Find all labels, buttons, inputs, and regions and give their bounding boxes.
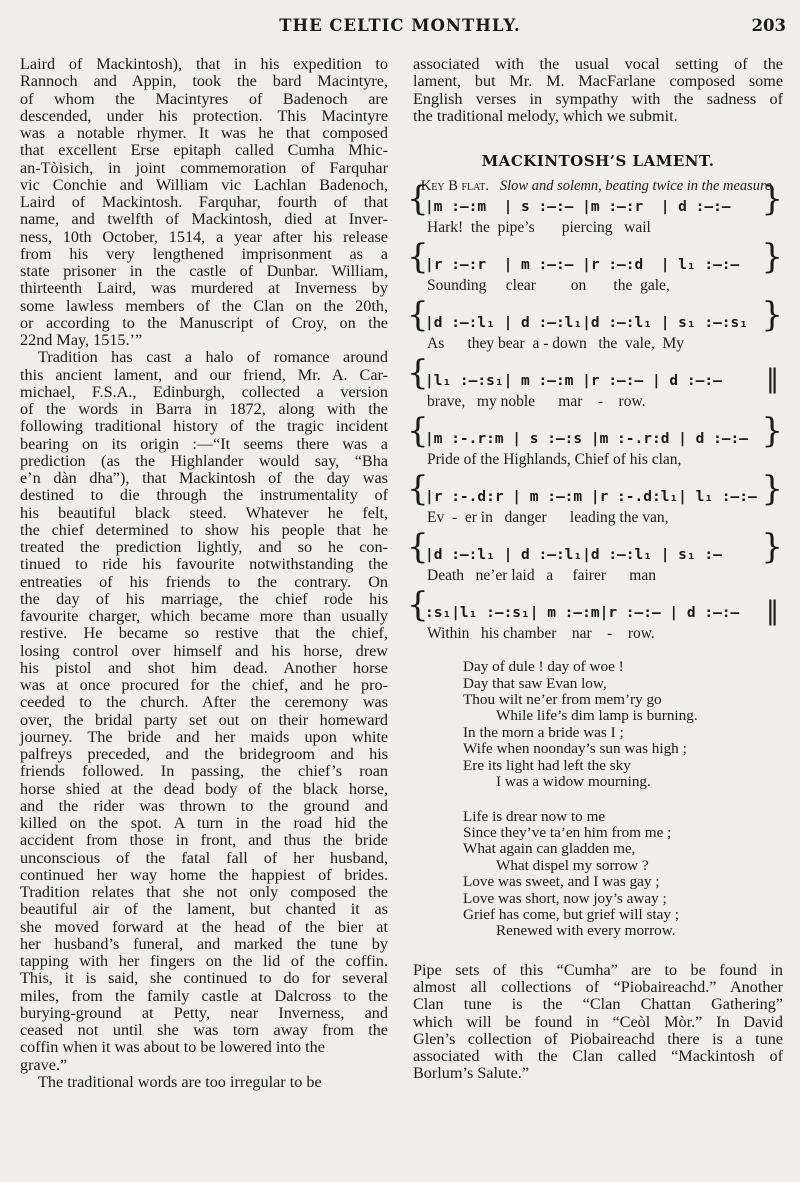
poem-line: Thou wilt ne’er from mem’ry go [463, 692, 783, 708]
text-line: state prisoner in the castle of Dunbar. … [20, 263, 388, 280]
text-line: This, it is said, she continued to do fo… [20, 970, 388, 987]
text-line: e’n dàn dha”), that Mackintosh of the da… [20, 470, 388, 487]
text-line: Tradition relates that she not only comp… [20, 884, 388, 901]
closing-paragraph: Pipe sets of this “Cumha” are to be foun… [413, 962, 783, 1083]
solfa-notes: |d :—:l₁ | d :—:l₁|d :—:l₁ | s₁ :—:s₁ [425, 315, 748, 332]
text-line: killed on the spot. A turn in the road h… [20, 815, 388, 832]
text-line: coffin when it was about to be lowered i… [20, 1039, 388, 1056]
poem-line: Wife when noonday’s sun was high ; [463, 741, 783, 757]
text-line: Glen’s collection of Piobaireachd there … [413, 1031, 783, 1048]
brace-icon: } [761, 481, 783, 498]
poem-line: While life’s dim lamp is burning. [463, 708, 783, 724]
intro-paragraph: associated with the usual vocal setting … [413, 56, 783, 125]
text-line: Pipe sets of this “Cumha” are to be foun… [413, 962, 783, 979]
lyric-words: Ev - er in danger leading the van, [427, 509, 668, 526]
text-line: tapping with her fingers on the lid of t… [20, 953, 388, 970]
text-line: losing control over himself and his hors… [20, 643, 388, 660]
text-line: ceased not until she was torn away from … [20, 1022, 388, 1039]
lyric-words: Sounding clear on the gale, [427, 277, 670, 294]
text-line: treated the prediction lightly, and so h… [20, 539, 388, 556]
text-line: the traditional melody, which we submit. [413, 108, 783, 125]
text-line: thirteenth Laird, was murdered at Invern… [20, 280, 388, 297]
stave-line: {|m :—:m | s :—:— |m :—:r | d :—:—Hark! … [413, 197, 783, 253]
running-title: THE CELTIC MONTHLY. [0, 16, 800, 35]
stave-line: {|r :—:r | m :—:— |r :—:d | l₁ :—:—Sound… [413, 255, 783, 311]
double-bar-icon: ‖ [766, 371, 779, 388]
text-line: the day of his marriage, the chief rode … [20, 591, 388, 608]
text-line: she moved forward at the head of the bie… [20, 919, 388, 936]
text-line: lament, but Mr. M. MacFarlane composed s… [413, 73, 783, 90]
poem-line: Love was sweet, and I was gay ; [463, 874, 783, 890]
text-line: Laird of Mackintosh. Farquhar, fourth of… [20, 194, 388, 211]
brace-icon: } [761, 307, 783, 324]
text-line: prediction (as the Highlander would say,… [20, 453, 388, 470]
text-line: the chief determined to show his people … [20, 522, 388, 539]
text-line: an-Tòisich, in joint commemoration of Fa… [20, 160, 388, 177]
lyric-words: Pride of the Highlands, Chief of his cla… [427, 451, 681, 468]
text-line: and the rider was thrown to the ground a… [20, 798, 388, 815]
text-line: unconscious of the fatal fall of her hus… [20, 850, 388, 867]
text-line: continued her way home the happiest of b… [20, 867, 388, 884]
page-header: THE CELTIC MONTHLY. 203 [0, 16, 800, 40]
text-line: 22nd May, 1515.’” [20, 332, 388, 349]
lyric-words: brave, my noble mar - row. [427, 393, 646, 410]
text-line: was a notable rhymer. It was he that com… [20, 125, 388, 142]
poem-line: Life is drear now to me [463, 809, 783, 825]
text-line: beautiful air of the lament, but chanted… [20, 901, 388, 918]
text-line: destined to die through the instrumental… [20, 487, 388, 504]
right-column: associated with the usual vocal setting … [413, 56, 783, 1083]
text-line: horse shied at the dead body of the blac… [20, 781, 388, 798]
left-column: Laird of Mackintosh), that in his expedi… [20, 56, 388, 1091]
text-line: vic Conchie and William vic Lachlan Bade… [20, 177, 388, 194]
text-line: The traditional words are too irregular … [20, 1074, 388, 1091]
text-line: following traditional history of the tra… [20, 418, 388, 435]
poem-line: Love was short, now joy’s away ; [463, 891, 783, 907]
text-line: that excellent Erse epitaph called Cumha… [20, 142, 388, 159]
key-signature: Key B flat. [421, 178, 489, 194]
solfa-notes: |r :-.d:r | m :—:m |r :-.d:l₁| l₁ :—:— [425, 489, 757, 506]
solfa-notes: |m :—:m | s :—:— |m :—:r | d :—:— [425, 199, 731, 216]
text-line: some lawless members of the Clan on the … [20, 298, 388, 315]
text-line: Tradition has cast a halo of romance aro… [20, 349, 388, 366]
poem-line: I was a widow mourning. [463, 774, 783, 790]
text-line: his pistol and shot him dead. Another ho… [20, 660, 388, 677]
poem-line: Renewed with every morrow. [463, 923, 783, 939]
text-line: her husband’s funeral, and marked the tu… [20, 936, 388, 953]
text-line: burying-ground at Petty, near Inverness,… [20, 1005, 388, 1022]
stave-line: {|l₁ :—:s₁| m :—:m |r :—:— | d :—:—brave… [413, 371, 783, 427]
poem-line: Day of dule ! day of woe ! [463, 659, 783, 675]
text-line: almost all collections of “Piobaireachd.… [413, 979, 783, 996]
text-line: favourite charger, which became more tha… [20, 608, 388, 625]
text-line: ceeded to the church. After the ceremony… [20, 694, 388, 711]
lyric-words: As they bear a - down the vale, My [427, 335, 684, 352]
text-line: miles, from the family castle at Dalcros… [20, 988, 388, 1005]
stave-line: {|m :-.r:m | s :—:s |m :-.r:d | d :—:—Pr… [413, 429, 783, 485]
lyric-words: Within his chamber nar - row. [427, 625, 655, 642]
text-line: this ancient lament, and our friend, Mr.… [20, 367, 388, 384]
text-line: tinued to ride his favourite notwithstan… [20, 556, 388, 573]
text-line: his beautiful black steed. Whatever he f… [20, 505, 388, 522]
key-and-tempo: Key B flat. Slow and solemn, beating twi… [413, 178, 783, 195]
text-line: from his very lengthened imprisonment as… [20, 246, 388, 263]
text-line: Borlum’s Salute.” [413, 1065, 783, 1082]
solfa-notes: |r :—:r | m :—:— |r :—:d | l₁ :—:— [425, 257, 739, 274]
stave-line: {|d :—:l₁ | d :—:l₁|d :—:l₁ | s₁ :—Death… [413, 545, 783, 601]
poem-line: Ere its light had left the sky [463, 758, 783, 774]
text-line: bearing on its origin :—“It seems there … [20, 436, 388, 453]
poem-line: Grief has come, but grief will stay ; [463, 907, 783, 923]
brace-icon: } [761, 191, 783, 208]
solfa-notes: |l₁ :—:s₁| m :—:m |r :—:— | d :—:— [425, 373, 722, 390]
text-line: of the words in Barra in 1872, along wit… [20, 401, 388, 418]
text-line: michael, F.S.A., Edinburgh, collected a … [20, 384, 388, 401]
tempo-marking: Slow and solemn, beating twice in the me… [500, 178, 775, 194]
text-line: was at once procured for the chief, and … [20, 677, 388, 694]
solfa-notes: |m :-.r:m | s :—:s |m :-.r:d | d :—:— [425, 431, 748, 448]
stave-line: {|d :—:l₁ | d :—:l₁|d :—:l₁ | s₁ :—:s₁As… [413, 313, 783, 369]
stave-line: {:s₁|l₁ :—:s₁| m :—:m|r :—:— | d :—:—Wit… [413, 603, 783, 659]
brace-icon: } [761, 423, 783, 440]
text-line: over, the bridal party set out on their … [20, 712, 388, 729]
text-line: grave.” [20, 1057, 388, 1074]
text-line: entreaties of his friends to the contrar… [20, 574, 388, 591]
poem-line: What again can gladden me, [463, 841, 783, 857]
text-line: accident from those in front, and thus t… [20, 832, 388, 849]
tonic-solfa-score: {|m :—:m | s :—:— |m :—:r | d :—:—Hark! … [413, 197, 783, 659]
double-bar-icon: ‖ [766, 603, 779, 620]
text-line: friends followed. In passing, the chief’… [20, 763, 388, 780]
text-line: English verses in sympathy with the sadn… [413, 91, 783, 108]
poem-line: In the morn a bride was I ; [463, 725, 783, 741]
solfa-notes: |d :—:l₁ | d :—:l₁|d :—:l₁ | s₁ :— [425, 547, 722, 564]
brace-icon: } [761, 249, 783, 266]
solfa-notes: :s₁|l₁ :—:s₁| m :—:m|r :—:— | d :—:— [425, 605, 739, 622]
page-number: 203 [752, 16, 786, 35]
text-line: restive. He became so restive that the c… [20, 625, 388, 642]
lyric-words: Hark! the pipe’s piercing wail [427, 219, 651, 236]
text-line: name, and twelfth of Mackintosh, died at… [20, 211, 388, 228]
text-line: journey. The bride and her maids upon wh… [20, 729, 388, 746]
text-line: associated with the usual vocal setting … [413, 56, 783, 73]
text-line: Laird of Mackintosh), that in his expedi… [20, 56, 388, 73]
poem-verses: Day of dule ! day of woe !Day that saw E… [463, 659, 783, 940]
lyric-words: Death ne’er laid a fairer man [427, 567, 656, 584]
song-title: MACKINTOSH’S LAMENT. [413, 153, 783, 170]
text-line: or according to the Manuscript of Croy, … [20, 315, 388, 332]
text-line: associated with the Clan called “Mackint… [413, 1048, 783, 1065]
text-line: which will be found in “Ceòl Mòr.” In Da… [413, 1014, 783, 1031]
text-line: Rannoch and Appin, took the bard Macinty… [20, 73, 388, 90]
poem-line: Day that saw Evan low, [463, 676, 783, 692]
text-line: palfreys preceded, and the bridegroom an… [20, 746, 388, 763]
text-line: Clan tune is the “Clan Chattan Gathering… [413, 996, 783, 1013]
stave-line: {|r :-.d:r | m :—:m |r :-.d:l₁| l₁ :—:—E… [413, 487, 783, 543]
text-line: of whom the Macintyres of Badenoch are [20, 91, 388, 108]
brace-icon: } [761, 539, 783, 556]
poem-line: Since they’ve ta’en him from me ; [463, 825, 783, 841]
poem-line: What dispel my sorrow ? [463, 858, 783, 874]
text-line: ness, 10th October, 1514, a year after h… [20, 229, 388, 246]
text-line: descended, under his protection. This Ma… [20, 108, 388, 125]
